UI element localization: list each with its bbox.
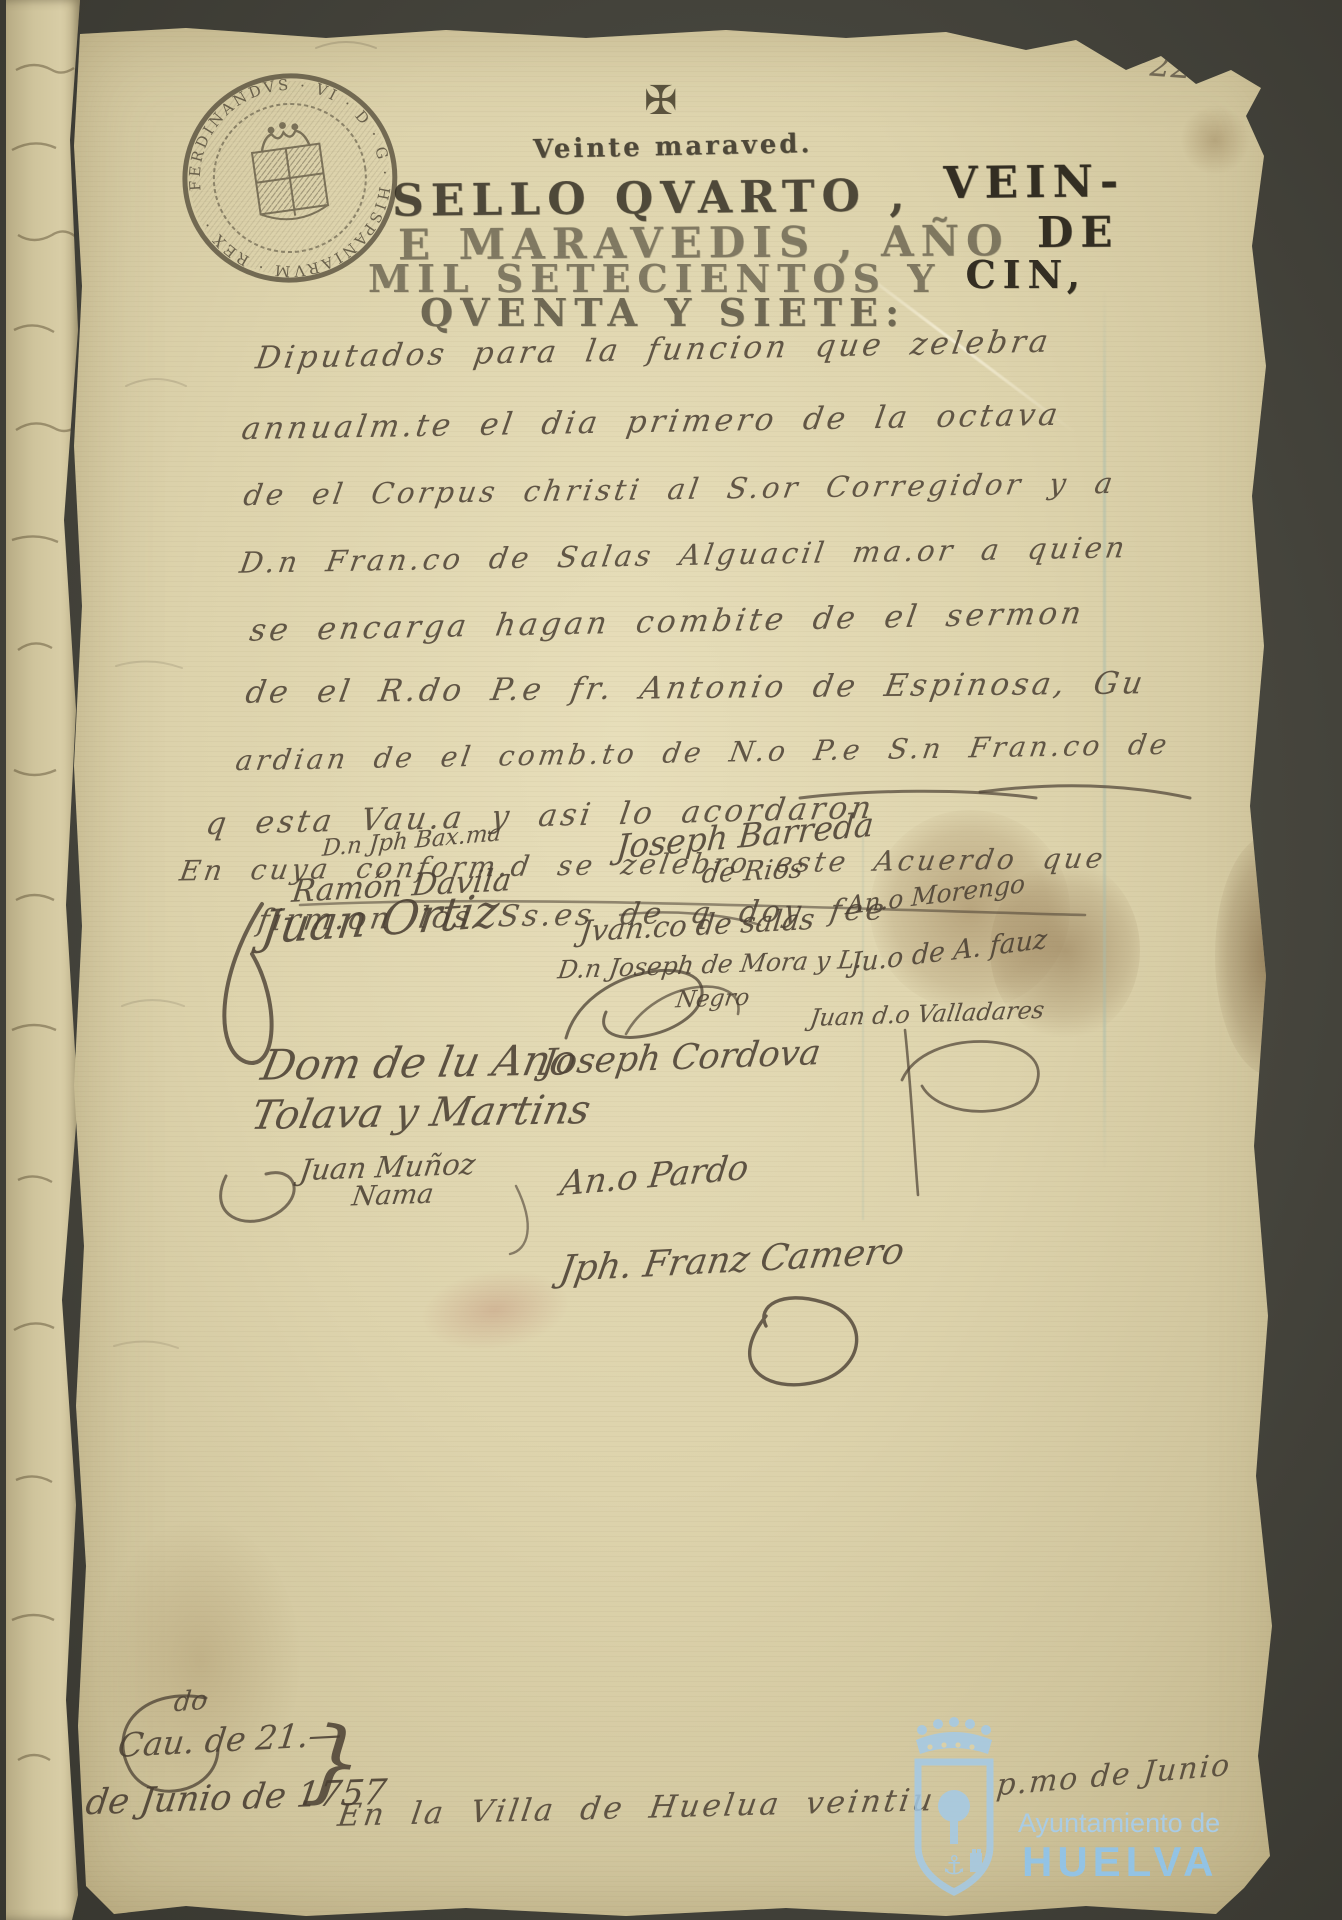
watermark-city-text: HUELVA <box>1022 1838 1218 1886</box>
rubric-flourish <box>566 970 702 1038</box>
adjacent-page-edge <box>6 0 84 1920</box>
marginalia-superscript: do <box>172 1685 209 1719</box>
dash-stroke <box>800 791 1036 798</box>
dash-stroke <box>620 912 760 925</box>
ghost-mark <box>122 1000 184 1006</box>
ghost-mark <box>126 379 186 386</box>
rubric-flourish <box>221 1173 294 1222</box>
document-page: 22 FERDINANDVS · VI · D · G · HISPANIARV… <box>66 26 1306 1918</box>
rubric-flourish <box>905 1030 918 1195</box>
rubric-flourishes <box>66 26 1306 1918</box>
ghost-mark <box>316 42 376 48</box>
huelva-crest-watermark: ⚓ <box>904 1714 1004 1914</box>
anchor-icon: ⚓ <box>942 1851 965 1881</box>
rubric-flourish <box>510 1186 528 1254</box>
photo-backdrop: 22 FERDINANDVS · VI · D · G · HISPANIARV… <box>0 0 1342 1920</box>
ghost-mark <box>114 1341 178 1348</box>
rubric-flourish <box>750 1298 857 1385</box>
watermark-org-text: Ayuntamiento de <box>1018 1808 1220 1839</box>
ghost-mark <box>116 661 182 668</box>
rubric-flourish <box>626 987 739 1034</box>
rubric-flourish <box>902 1041 1038 1111</box>
ghost-writing-marks <box>6 0 84 1920</box>
rubric-flourish <box>224 904 271 1063</box>
